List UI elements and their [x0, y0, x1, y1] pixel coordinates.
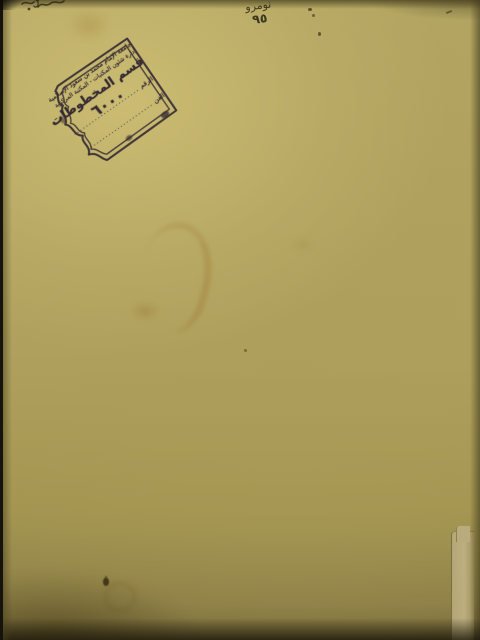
scan-edge-right: [470, 0, 480, 640]
paper-stain: [290, 236, 316, 254]
paper-stain: [128, 300, 162, 322]
manuscript-cover-page: نومرو ٩٥ كامل جامعة الإمام محمد بن سعود …: [0, 0, 480, 640]
paper-speck: [318, 32, 321, 36]
scan-corner-top-left: [0, 0, 26, 10]
paper-stain: [66, 8, 112, 42]
scan-edge-bottom: [0, 618, 480, 640]
scan-edge-left: [0, 0, 3, 640]
torn-paper-patch: [456, 526, 470, 542]
paper-speck: [312, 14, 315, 17]
scan-corner-top-right: [330, 0, 480, 26]
library-stamp: جامعة الإمام محمد بن سعود الإسلامية إدار…: [34, 32, 184, 178]
paper-speck: [244, 349, 247, 352]
scan-edge-left-shadow: [3, 0, 12, 640]
